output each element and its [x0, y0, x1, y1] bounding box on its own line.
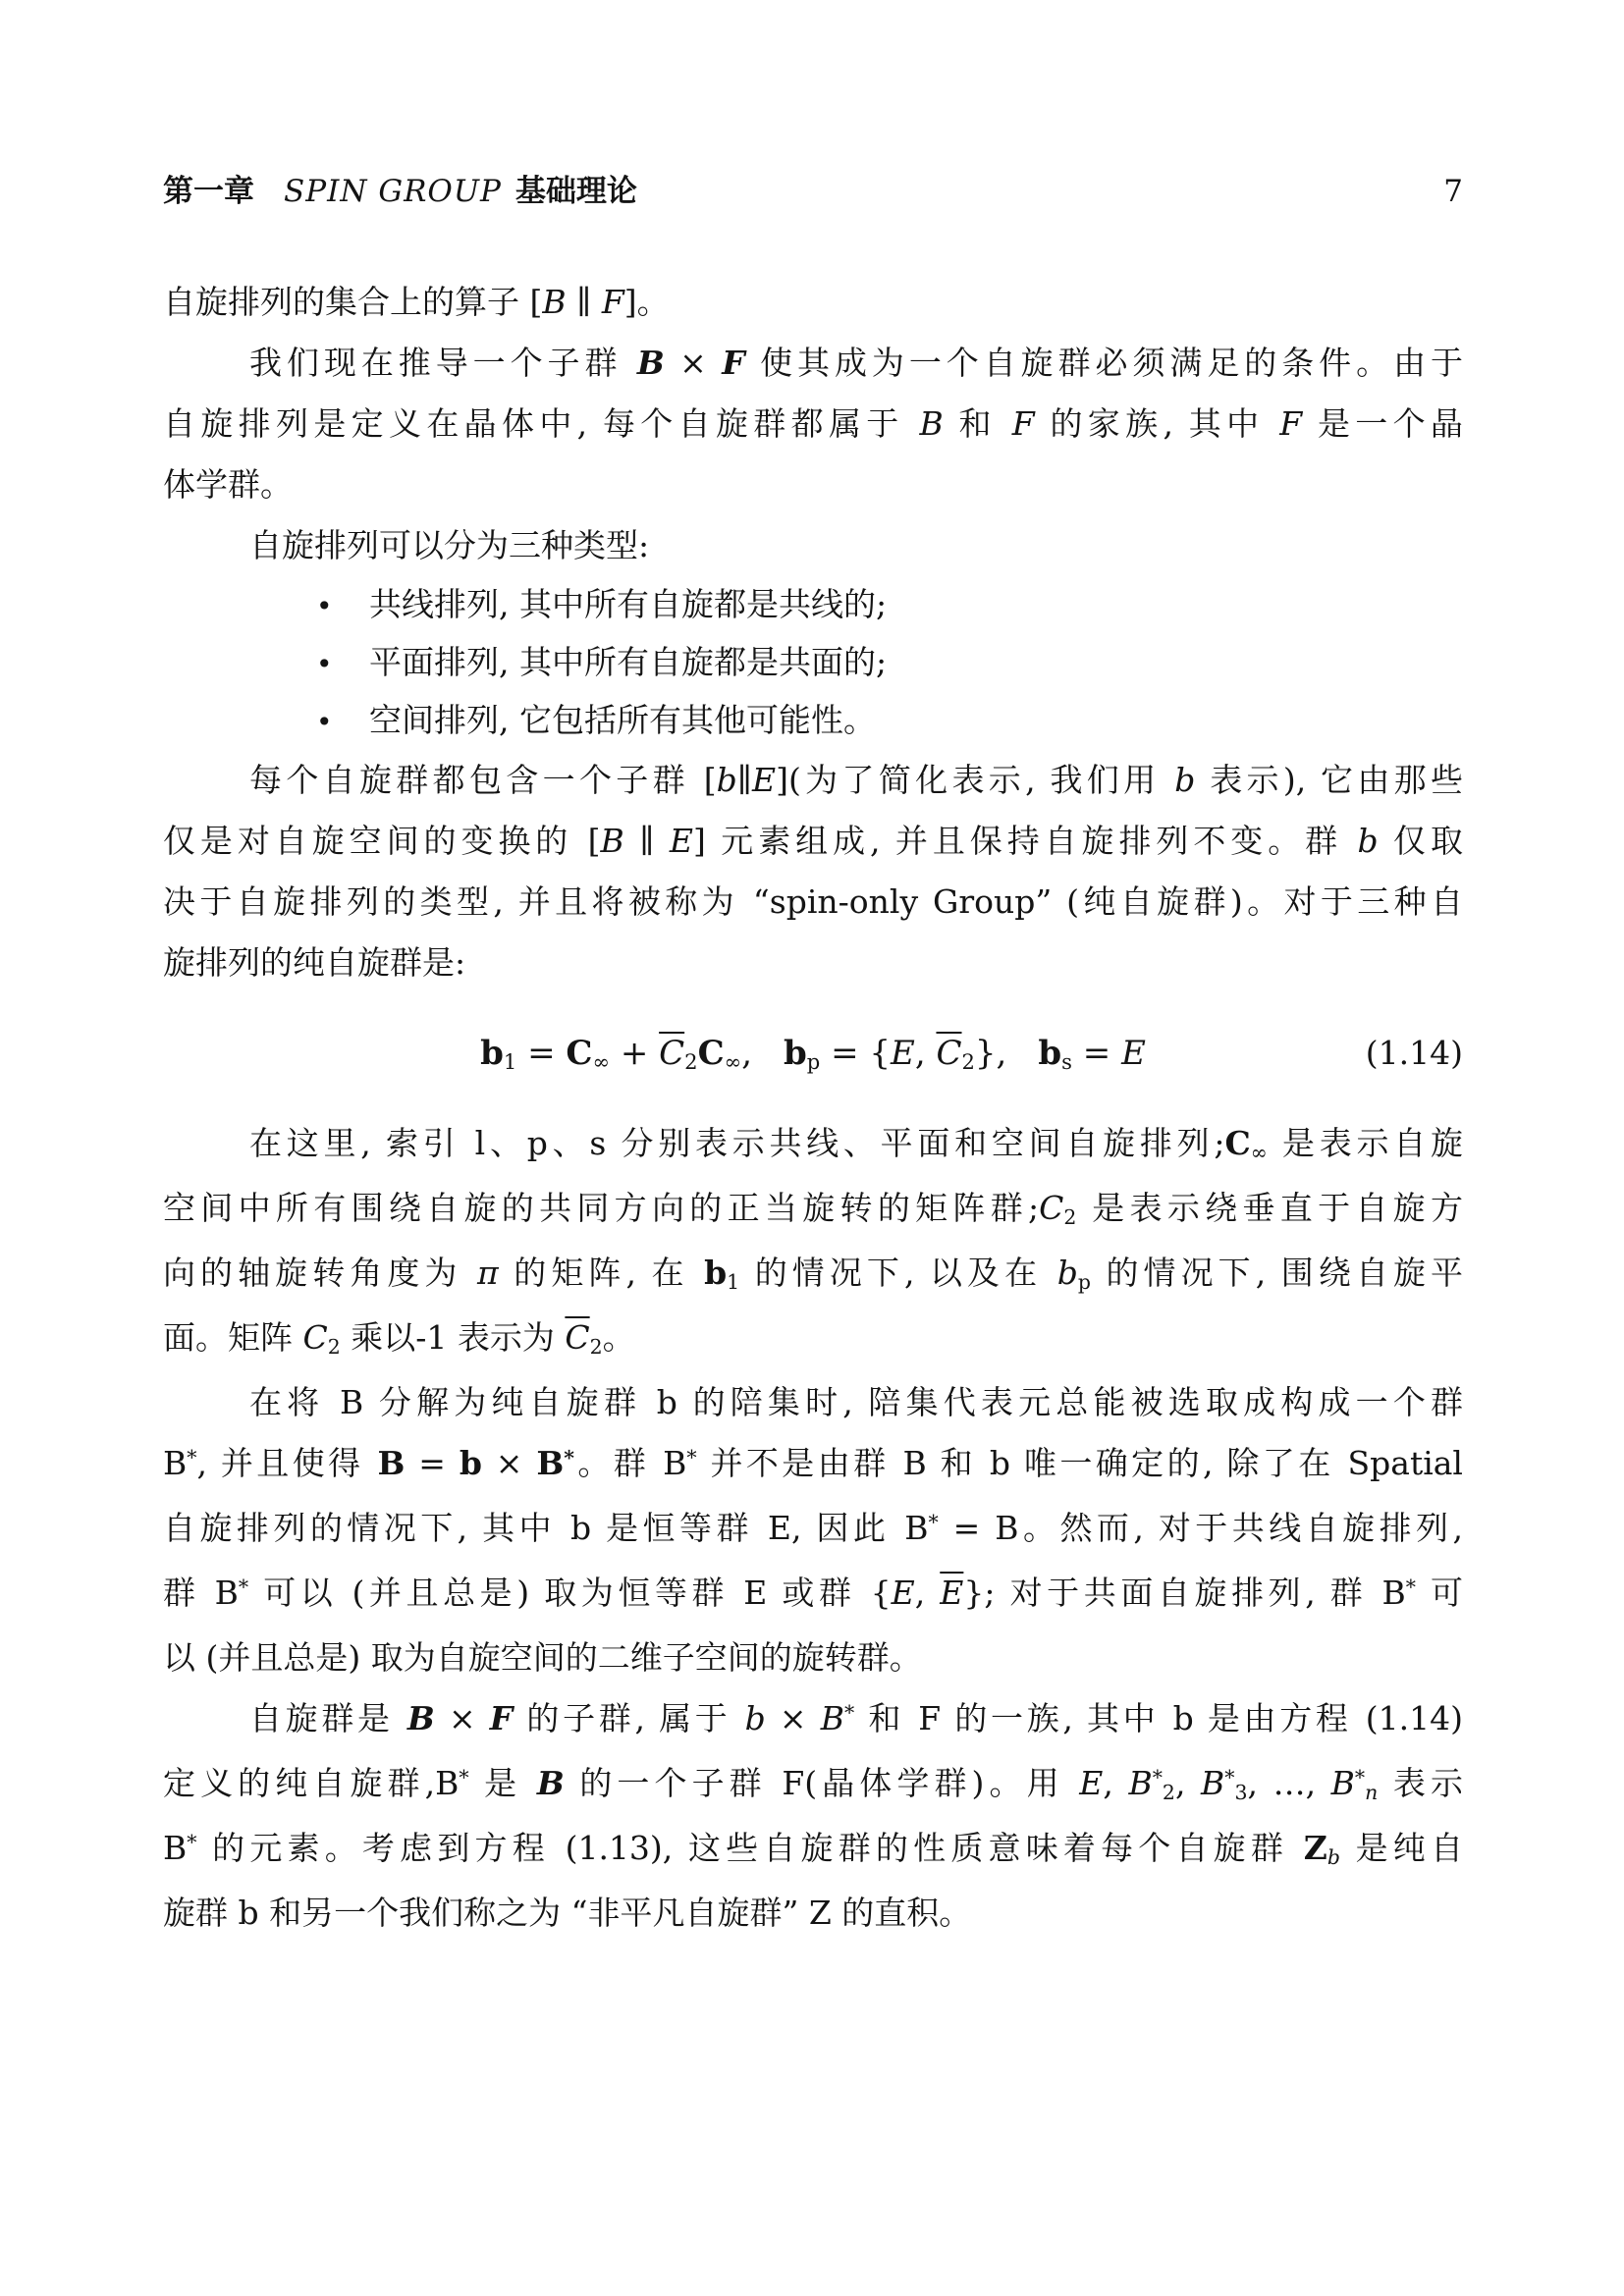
- text-run: F: [722, 344, 744, 382]
- body-lines: 自旋排列的集合上的算子 [B ∥ F]。我们现在推导一个子群 B × F 使其成…: [163, 272, 1463, 1944]
- text-run: ×: [766, 1699, 821, 1737]
- text-line: 自旋群是 B × F 的子群, 属于 b × B* 和 F 的一族, 其中 b …: [163, 1688, 1463, 1753]
- text-run: = {: [820, 1034, 891, 1073]
- text-run: B: [1128, 1764, 1152, 1802]
- text-run: B: [637, 344, 665, 382]
- text-run: 乘以-1 表示为: [341, 1318, 566, 1357]
- text-run: 是表示自旋: [1268, 1124, 1463, 1162]
- text-run: ]。: [624, 283, 670, 321]
- text-run: b: [460, 1444, 482, 1482]
- text-line: 定义的纯自旋群,B* 是 B 的一个子群 F(晶体学群)。用 E, B*2, B…: [163, 1753, 1463, 1818]
- text-line: 在这里, 索引 l、p、s 分别表示共线、平面和空间自旋排列;C∞ 是表示自旋: [163, 1113, 1463, 1178]
- text-run: C: [936, 1034, 961, 1073]
- text-run: E: [1121, 1034, 1146, 1073]
- text-run: ∞: [725, 1049, 742, 1074]
- text-run: ×: [435, 1699, 490, 1737]
- text-run: 2: [1163, 1781, 1175, 1804]
- text-run: Z: [1304, 1829, 1327, 1867]
- text-run: F: [1279, 404, 1302, 443]
- text-run: C: [698, 1034, 725, 1073]
- text-run: ](为了简化表示, 我们用: [776, 761, 1174, 799]
- bullet-icon: •: [316, 694, 369, 750]
- text-run: *: [459, 1766, 468, 1789]
- text-run: B: [1201, 1764, 1224, 1802]
- text-run: 平面排列, 其中所有自旋都是共面的;: [369, 643, 887, 681]
- text-run: 1: [504, 1049, 516, 1074]
- text-line: 自旋排列的集合上的算子 [B ∥ F]。: [163, 272, 1463, 333]
- text-run: F: [1012, 404, 1035, 443]
- text-line: 每个自旋群都包含一个子群 [b∥E](为了简化表示, 我们用 b 表示), 它由…: [163, 750, 1463, 811]
- text-run: 的矩阵, 在: [499, 1254, 704, 1292]
- text-run: *: [686, 1446, 696, 1469]
- text-run: b: [1358, 822, 1379, 860]
- text-run: 是纯自: [1340, 1829, 1463, 1867]
- text-run: 3: [1235, 1781, 1248, 1804]
- text-run: 和: [944, 404, 1012, 443]
- text-run: b: [480, 1034, 504, 1073]
- text-run: B: [377, 1444, 405, 1482]
- text-run: ×: [482, 1444, 536, 1482]
- text-run: 自旋排列可以分为三种类型:: [249, 526, 649, 564]
- text-run: *: [844, 1701, 854, 1725]
- text-line: 旋群 b 和另一个我们称之为 “非平凡自旋群” Z 的直积。: [163, 1883, 1463, 1944]
- text-run: B: [163, 1829, 187, 1867]
- text-run: =: [405, 1444, 459, 1482]
- text-run: *: [1153, 1766, 1163, 1789]
- bullet-icon: •: [316, 578, 369, 634]
- text-line: 自旋排列是定义在晶体中, 每个自旋群都属于 B 和 F 的家族, 其中 F 是一…: [163, 394, 1463, 454]
- text-run: n: [1365, 1781, 1378, 1804]
- text-run: = B。然而, 对于共线自旋排列,: [939, 1509, 1463, 1547]
- text-run: 2: [1063, 1205, 1076, 1229]
- text-run: B: [407, 1699, 435, 1737]
- text-run: b: [717, 761, 737, 799]
- text-run: ∞: [1251, 1141, 1268, 1164]
- text-run: *: [187, 1831, 196, 1854]
- text-run: 的元素。考虑到方程 (1.13), 这些自旋群的性质意味着每个自旋群: [196, 1829, 1303, 1867]
- text-line: 群 B* 可以 (并且总是) 取为恒等群 E 或群 {E, E}; 对于共面自旋…: [163, 1563, 1463, 1628]
- text-run: 的情况下, 围绕自旋平: [1091, 1254, 1463, 1292]
- text-run: *: [1406, 1575, 1416, 1599]
- text-line: B*, 并且使得 B = b × B*。群 B* 并不是由群 B 和 b 唯一确…: [163, 1433, 1463, 1498]
- text-run: 自旋排列的情况下, 其中 b 是恒等群 E, 因此 B: [163, 1509, 929, 1547]
- text-run: ∞: [592, 1049, 610, 1074]
- text-run: E: [892, 1574, 915, 1612]
- document-page: 第一章 SPIN GROUP 基础理论 7 自旋排列的集合上的算子 [B ∥ F…: [0, 0, 1624, 2296]
- text-run: 的家族, 其中: [1035, 404, 1280, 443]
- text-run: C: [659, 1034, 684, 1073]
- text-run: B: [821, 1699, 844, 1737]
- text-run: =: [1072, 1034, 1121, 1073]
- text-run: ,: [741, 1034, 752, 1073]
- text-run: F: [602, 283, 624, 321]
- text-run: B: [536, 1444, 564, 1482]
- text-run: b: [1038, 1034, 1061, 1073]
- text-run: 共线排列, 其中所有自旋都是共线的;: [369, 585, 887, 623]
- text-run: ∥: [624, 822, 670, 860]
- text-run: F: [490, 1699, 513, 1737]
- text-run: }; 对于共面自旋排列, 群 B: [963, 1574, 1405, 1612]
- text-run: 空间中所有围绕自旋的共同方向的正当旋转的矩阵群;: [163, 1189, 1039, 1227]
- text-run: *: [1355, 1766, 1365, 1789]
- text-line: 以 (并且总是) 取为自旋空间的二维子空间的旋转群。: [163, 1628, 1463, 1688]
- text-run: ,: [1103, 1764, 1128, 1802]
- text-run: b: [1174, 761, 1195, 799]
- text-run: 。: [603, 1318, 635, 1357]
- text-run: b: [704, 1254, 727, 1292]
- text-run: },: [975, 1034, 1006, 1073]
- text-run: b: [745, 1699, 766, 1737]
- chapter-title-latin: SPIN GROUP: [284, 172, 502, 211]
- text-run: 。群 B: [574, 1444, 686, 1482]
- text-run: 可: [1416, 1574, 1463, 1612]
- text-line: 仅是对自旋空间的变换的 [B ∥ E] 元素组成, 并且保持自旋排列不变。群 b…: [163, 811, 1463, 872]
- text-run: 群 B: [163, 1574, 239, 1612]
- text-run: 表示), 它由那些: [1195, 761, 1463, 799]
- text-run: ∥: [737, 761, 752, 799]
- text-run: s: [1061, 1049, 1072, 1074]
- text-run: E: [752, 761, 776, 799]
- text-run: +: [610, 1034, 659, 1073]
- text-run: B: [601, 822, 624, 860]
- text-run: 空间排列, 它包括所有其他可能性。: [369, 701, 876, 739]
- text-run: 的情况下, 以及在: [739, 1254, 1057, 1292]
- text-line: 自旋排列的情况下, 其中 b 是恒等群 E, 因此 B* = B。然而, 对于共…: [163, 1498, 1463, 1563]
- bullet-icon: •: [316, 636, 369, 692]
- text-run: ×: [665, 344, 723, 382]
- text-run: E: [1079, 1764, 1103, 1802]
- text-run: 可以 (并且总是) 取为恒等群 E 或群 {: [248, 1574, 891, 1612]
- text-run: 旋排列的纯自旋群是:: [163, 943, 465, 982]
- text-run: 在这里, 索引 l、p、s 分别表示共线、平面和空间自旋排列;: [249, 1124, 1224, 1162]
- text-run: 2: [962, 1049, 975, 1074]
- text-run: p: [807, 1049, 821, 1074]
- text-run: *: [929, 1511, 939, 1534]
- text-run: ] 元素组成, 并且保持自旋排列不变。群: [693, 822, 1358, 860]
- text-run: 在将 B 分解为纯自旋群 b 的陪集时, 陪集代表元总能被选取成构成一个群: [249, 1383, 1463, 1421]
- text-run: ,: [915, 1574, 941, 1612]
- text-run: C: [566, 1034, 592, 1073]
- text-run: C: [303, 1318, 328, 1357]
- text-run: 1: [727, 1270, 739, 1294]
- text-run: 以 (并且总是) 取为自旋空间的二维子空间的旋转群。: [163, 1638, 922, 1677]
- text-run: E: [940, 1574, 963, 1612]
- text-run: 的一个子群 F(晶体学群)。用: [565, 1764, 1080, 1802]
- text-run: 是: [469, 1764, 537, 1802]
- text-run: 每个自旋群都包含一个子群 [: [249, 761, 717, 799]
- text-run: , …,: [1248, 1764, 1331, 1802]
- text-run: *: [187, 1446, 196, 1469]
- text-run: 表示: [1378, 1764, 1463, 1802]
- text-line: 旋排列的纯自旋群是:: [163, 933, 1463, 993]
- text-run: B: [1331, 1764, 1355, 1802]
- text-run: *: [564, 1446, 574, 1469]
- text-run: *: [239, 1575, 248, 1599]
- text-run: 决于自旋排列的类型, 并且将被称为 “spin-only Group” (纯自旋…: [163, 882, 1463, 921]
- text-run: 2: [328, 1335, 341, 1359]
- text-line: 空间中所有围绕自旋的共同方向的正当旋转的矩阵群;C2 是表示绕垂直于自旋方: [163, 1178, 1463, 1243]
- text-run: b: [784, 1034, 807, 1073]
- text-run: p: [1078, 1270, 1091, 1294]
- text-line: 自旋排列可以分为三种类型:: [163, 515, 1463, 576]
- page-number: 7: [1443, 172, 1463, 211]
- text-line: 我们现在推导一个子群 B × F 使其成为一个自旋群必须满足的条件。由于: [163, 333, 1463, 394]
- text-run: *: [1224, 1766, 1234, 1789]
- text-run: B: [919, 404, 943, 443]
- text-run: E: [670, 822, 693, 860]
- text-run: 和 F 的一族, 其中 b 是由方程 (1.14): [854, 1699, 1463, 1737]
- text-run: ,: [915, 1034, 937, 1073]
- text-run: 并不是由群 B 和 b 唯一确定的, 除了在 Spatial: [697, 1444, 1463, 1482]
- text-run: =: [516, 1034, 566, 1073]
- text-run: B: [537, 1764, 565, 1802]
- text-run: E: [891, 1034, 915, 1073]
- text-run: 的子群, 属于: [513, 1699, 744, 1737]
- running-head: 第一章 SPIN GROUP 基础理论: [163, 172, 637, 211]
- text-run: 仅取: [1379, 822, 1463, 860]
- text-run: C: [565, 1318, 589, 1357]
- text-run: , 并且使得: [196, 1444, 377, 1482]
- text-run: ,: [1175, 1764, 1201, 1802]
- bullet-item: •空间排列, 它包括所有其他可能性。: [163, 692, 1463, 750]
- text-run: 使其成为一个自旋群必须满足的条件。由于: [745, 344, 1463, 382]
- text-line: 决于自旋排列的类型, 并且将被称为 “spin-only Group” (纯自旋…: [163, 872, 1463, 933]
- text-run: b: [1057, 1254, 1078, 1292]
- text-run: 是表示绕垂直于自旋方: [1076, 1189, 1463, 1227]
- text-run: 向的轴旋转角度为: [163, 1254, 477, 1292]
- text-run: B: [163, 1444, 187, 1482]
- text-run: C: [1039, 1189, 1063, 1227]
- text-run: ∥: [567, 283, 602, 321]
- chapter-title-cjk: 基础理论: [515, 172, 637, 211]
- text-line: B* 的元素。考虑到方程 (1.13), 这些自旋群的性质意味着每个自旋群 Zb…: [163, 1818, 1463, 1883]
- text-run: C: [1224, 1124, 1250, 1162]
- text-run: 体学群。: [163, 465, 293, 504]
- text-run: 仅是对自旋空间的变换的 [: [163, 822, 601, 860]
- text-run: 自旋排列的集合上的算子 [: [163, 283, 542, 321]
- text-run: 自旋群是: [249, 1699, 407, 1737]
- text-line: 向的轴旋转角度为 π 的矩阵, 在 b1 的情况下, 以及在 bp 的情况下, …: [163, 1243, 1463, 1308]
- text-line: 面。矩阵 C2 乘以-1 表示为 C2。: [163, 1308, 1463, 1372]
- page-header: 第一章 SPIN GROUP 基础理论 7: [163, 172, 1463, 211]
- text-line: 在将 B 分解为纯自旋群 b 的陪集时, 陪集代表元总能被选取成构成一个群: [163, 1372, 1463, 1433]
- text-run: 定义的纯自旋群,B: [163, 1764, 459, 1802]
- text-run: B: [542, 283, 566, 321]
- text-run: b: [1327, 1845, 1340, 1869]
- text-run: π: [477, 1254, 499, 1292]
- text-run: 是一个晶: [1302, 404, 1463, 443]
- equation-number: (1.14): [1366, 1023, 1463, 1084]
- text-run: 自旋排列是定义在晶体中, 每个自旋群都属于: [163, 404, 919, 443]
- bullet-item: •共线排列, 其中所有自旋都是共线的;: [163, 576, 1463, 634]
- bullet-item: •平面排列, 其中所有自旋都是共面的;: [163, 634, 1463, 692]
- text-run: 我们现在推导一个子群: [249, 344, 637, 382]
- chapter-label: 第一章: [163, 172, 254, 211]
- text-run: 面。矩阵: [163, 1318, 303, 1357]
- text-line: 体学群。: [163, 454, 1463, 515]
- text-run: 旋群 b 和另一个我们称之为 “非平凡自旋群” Z 的直积。: [163, 1894, 971, 1932]
- equation: b1 = C∞ + C2C∞,bp = {E, C2},bs = E(1.14): [163, 1023, 1463, 1088]
- text-run: 2: [590, 1335, 603, 1359]
- text-run: 2: [684, 1049, 697, 1074]
